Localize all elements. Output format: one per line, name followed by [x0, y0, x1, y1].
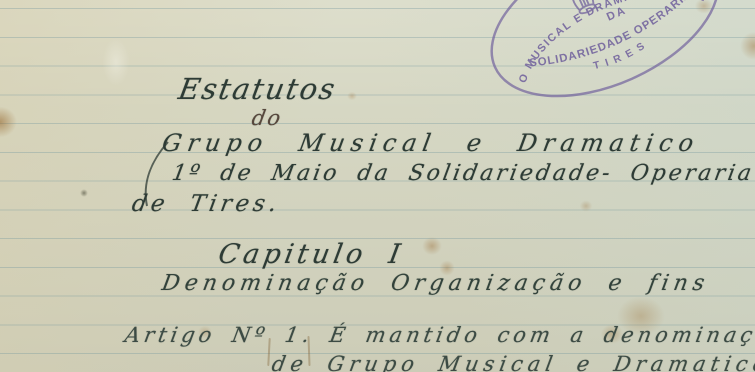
chapter-heading: Capitulo I: [216, 239, 407, 270]
title-estatutos: Estatutos: [176, 72, 339, 106]
manuscript-page: GRUPO MUSICAL E DRAMATICO 1º DE MAIO DA …: [0, 0, 755, 372]
article-1-line-2: de Grupo Musical e Dramatico: [270, 352, 755, 372]
group-location-line: de Tires.: [130, 191, 283, 217]
title-do: do: [250, 106, 284, 130]
chapter-subheading: Denominação Organização e fins: [160, 271, 711, 296]
group-name-line-2: 1º de Maio da Solidariedade- Operaria: [170, 161, 755, 186]
society-oval-stamp: GRUPO MUSICAL E DRAMATICO 1º DE MAIO DA …: [450, 0, 755, 144]
article-1-line: Artigo Nº 1. É mantido com a denominação: [123, 323, 755, 347]
group-name-line: Grupo Musical e Dramatico: [160, 129, 702, 157]
